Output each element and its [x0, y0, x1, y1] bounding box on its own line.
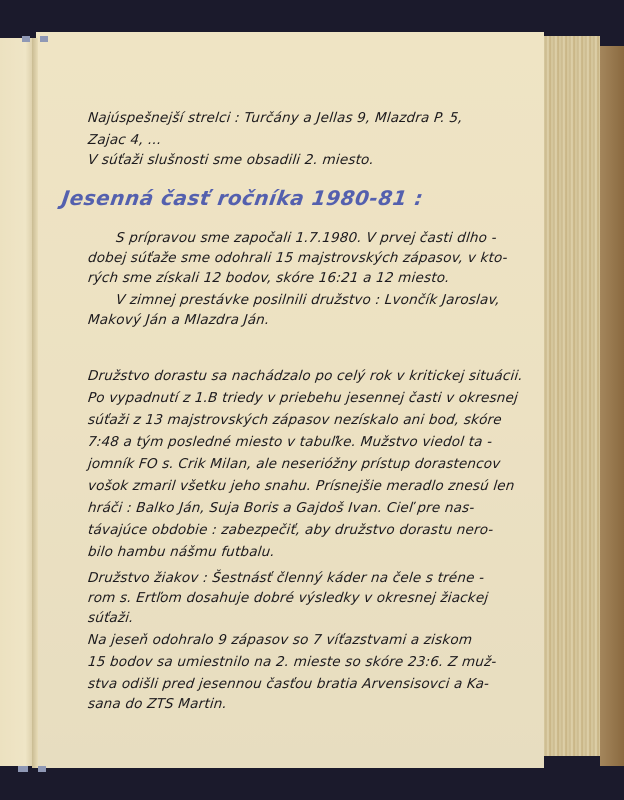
text-line: jomník FO s. Crik Milan, ale neserióžny … [87, 456, 501, 472]
page-edges [544, 36, 600, 756]
section-heading: Jesenná časť ročníka 1980-81 : [60, 186, 425, 210]
text-line: 7:48 a tým posledné miesto v tabuľke. Mu… [87, 434, 493, 450]
text-line: távajúce obdobie : zabezpečiť, aby družs… [87, 522, 494, 538]
text-line: 15 bodov sa umiestnilo na 2. mieste so s… [87, 654, 497, 670]
text-line: stva odišli pred jesennou časťou bratia … [87, 676, 490, 692]
text-line: Zajac 4, ... [87, 132, 162, 148]
tape-strip [22, 36, 30, 42]
book-cover-edge [600, 46, 624, 766]
text-line: Družstvo dorastu sa nachádzalo po celý r… [87, 368, 524, 384]
text-line: bilo hambu nášmu futbalu. [87, 544, 276, 560]
left-page-edge [0, 38, 34, 766]
text-line: Najúspešnejší strelci : Turčány a Jellas… [87, 110, 463, 126]
page-text: Najúspešnejší strelci : Turčány a Jellas… [36, 32, 544, 768]
text-line: Na jeseň odohralo 9 zápasov so 7 víťazst… [87, 632, 473, 648]
text-line: V zimnej prestávke posilnili družstvo : … [115, 292, 501, 308]
text-line: sana do ZTS Martin. [87, 696, 228, 712]
text-line: vošok zmaril všetku jeho snahu. Prísnejš… [87, 478, 515, 494]
text-line: rých sme získali 12 bodov, skóre 16:21 a… [87, 270, 450, 286]
text-line: hráči : Balko Ján, Suja Boris a Gajdoš I… [87, 500, 475, 516]
text-line: Družstvo žiakov : Šestnásť členný káder … [87, 570, 485, 586]
text-line: rom s. Ertľom dosahuje dobré výsledky v … [87, 590, 489, 606]
text-line: súťaži. [87, 610, 134, 626]
text-line: Po vypadnutí z 1.B triedy v priebehu jes… [87, 390, 519, 406]
text-line: S prípravou sme započali 1.7.1980. V prv… [115, 230, 497, 246]
text-line: Makový Ján a Mlazdra Ján. [87, 312, 270, 328]
tape-strip [18, 766, 28, 772]
text-line: dobej súťaže sme odohrali 15 majstrovský… [87, 250, 508, 266]
text-line: súťaži z 13 majstrovských zápasov nezísk… [87, 412, 503, 428]
text-line: V súťaži slušnosti sme obsadili 2. miest… [87, 152, 375, 168]
